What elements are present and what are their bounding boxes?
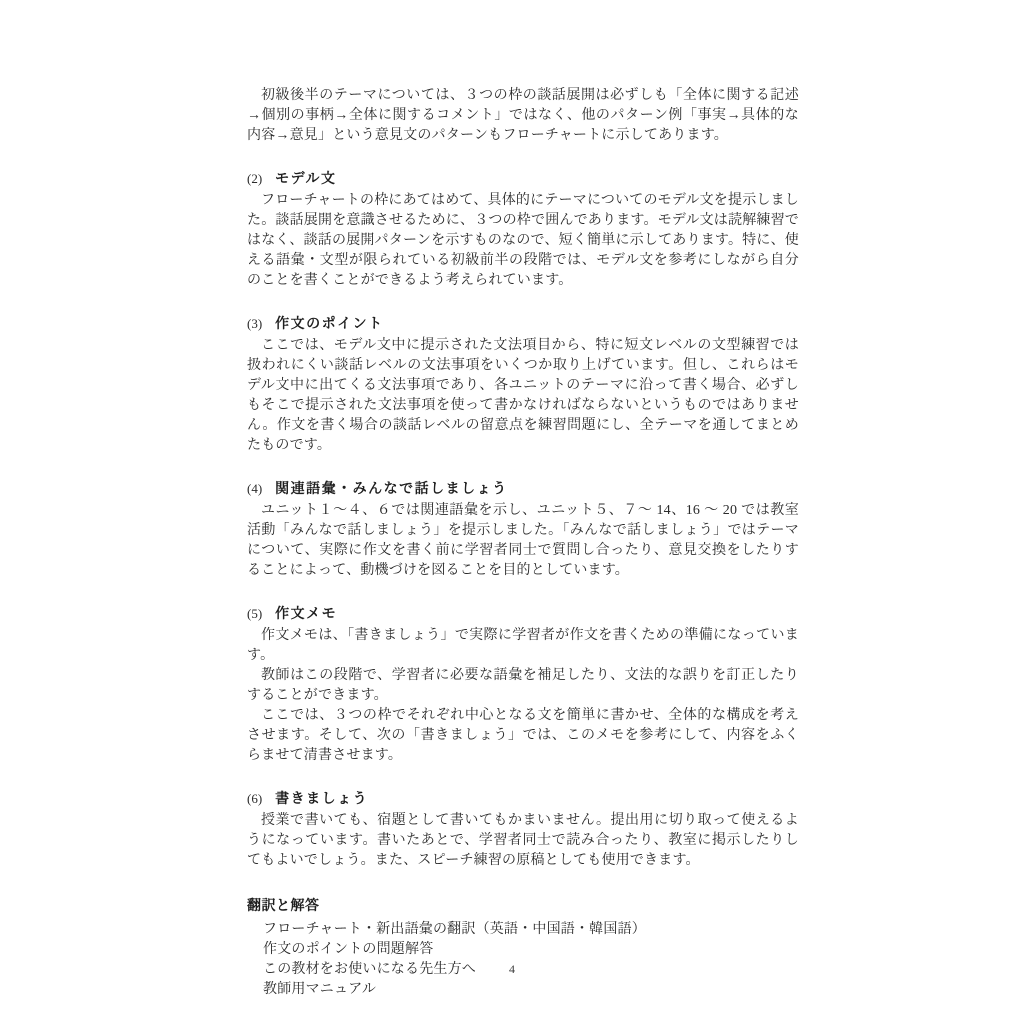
- section-heading: (3)作文のポイント: [247, 313, 799, 334]
- section-paragraph: フローチャートの枠にあてはめて、具体的にテーマについてのモデル文を提示しました。…: [247, 191, 799, 291]
- section-paragraph: ユニット１〜４、６では関連語彙を示し、ユニット５、７〜 14、16 〜 20 で…: [247, 501, 799, 581]
- section-paragraph: 教師はこの段階で、学習者に必要な語彙を補足したり、文法的な誤りを訂正したりするこ…: [247, 666, 799, 706]
- section-lets-write: (6)書きましょう 授業で書いても、宿題として書いてもかまいません。提出用に切り…: [247, 788, 799, 871]
- section-paragraph: ここでは、３つの枠でそれぞれ中心となる文を簡単に書かせ、全体的な構成を考えさせま…: [247, 706, 799, 766]
- intro-paragraph: 初級後半のテーマについては、３つの枠の談話展開は必ずしも「全体に関する記述→個別…: [247, 86, 799, 146]
- appendix-list: フローチャート・新出語彙の翻訳（英語・中国語・韓国語） 作文のポイントの問題解答…: [247, 920, 799, 1000]
- section-title: モデル文: [275, 170, 336, 186]
- section-title: 書きましょう: [275, 790, 368, 806]
- page-number: 4: [0, 962, 1024, 977]
- document-page: 初級後半のテーマについては、３つの枠の談話展開は必ずしも「全体に関する記述→個別…: [0, 0, 1024, 1024]
- appendix-heading: 翻訳と解答: [247, 895, 799, 915]
- section-heading: (2)モデル文: [247, 168, 799, 189]
- section-heading: (5)作文メモ: [247, 603, 799, 624]
- section-paragraph: 作文メモは、「書きましょう」で実際に学習者が作文を書くための準備になっています。: [247, 626, 799, 666]
- section-number: (5): [247, 606, 262, 621]
- section-model-text: (2)モデル文 フローチャートの枠にあてはめて、具体的にテーマについてのモデル文…: [247, 168, 799, 291]
- section-number: (6): [247, 791, 262, 806]
- section-title: 作文のポイント: [275, 315, 384, 331]
- section-writing-memo: (5)作文メモ 作文メモは、「書きましょう」で実際に学習者が作文を書くための準備…: [247, 603, 799, 766]
- section-number: (4): [247, 481, 262, 496]
- appendix-section: 翻訳と解答 フローチャート・新出語彙の翻訳（英語・中国語・韓国語） 作文のポイン…: [247, 895, 799, 1000]
- section-writing-points: (3)作文のポイント ここでは、モデル文中に提示された文法項目から、特に短文レベ…: [247, 313, 799, 456]
- section-title: 関連語彙・みんなで話しましょう: [275, 480, 508, 496]
- section-title: 作文メモ: [275, 605, 337, 621]
- section-paragraph: ここでは、モデル文中に提示された文法項目から、特に短文レベルの文型練習では扱われ…: [247, 336, 799, 456]
- section-number: (3): [247, 316, 262, 331]
- section-related-vocabulary: (4)関連語彙・みんなで話しましょう ユニット１〜４、６では関連語彙を示し、ユニ…: [247, 478, 799, 581]
- page-content: 初級後半のテーマについては、３つの枠の談話展開は必ずしも「全体に関する記述→個別…: [247, 86, 799, 1000]
- appendix-item: 作文のポイントの問題解答: [263, 940, 799, 960]
- appendix-item: 教師用マニュアル: [263, 980, 799, 1000]
- section-heading: (4)関連語彙・みんなで話しましょう: [247, 478, 799, 499]
- appendix-item: フローチャート・新出語彙の翻訳（英語・中国語・韓国語）: [263, 920, 799, 940]
- section-number: (2): [247, 171, 262, 186]
- section-paragraph: 授業で書いても、宿題として書いてもかまいません。提出用に切り取って使えるようにな…: [247, 811, 799, 871]
- section-heading: (6)書きましょう: [247, 788, 799, 809]
